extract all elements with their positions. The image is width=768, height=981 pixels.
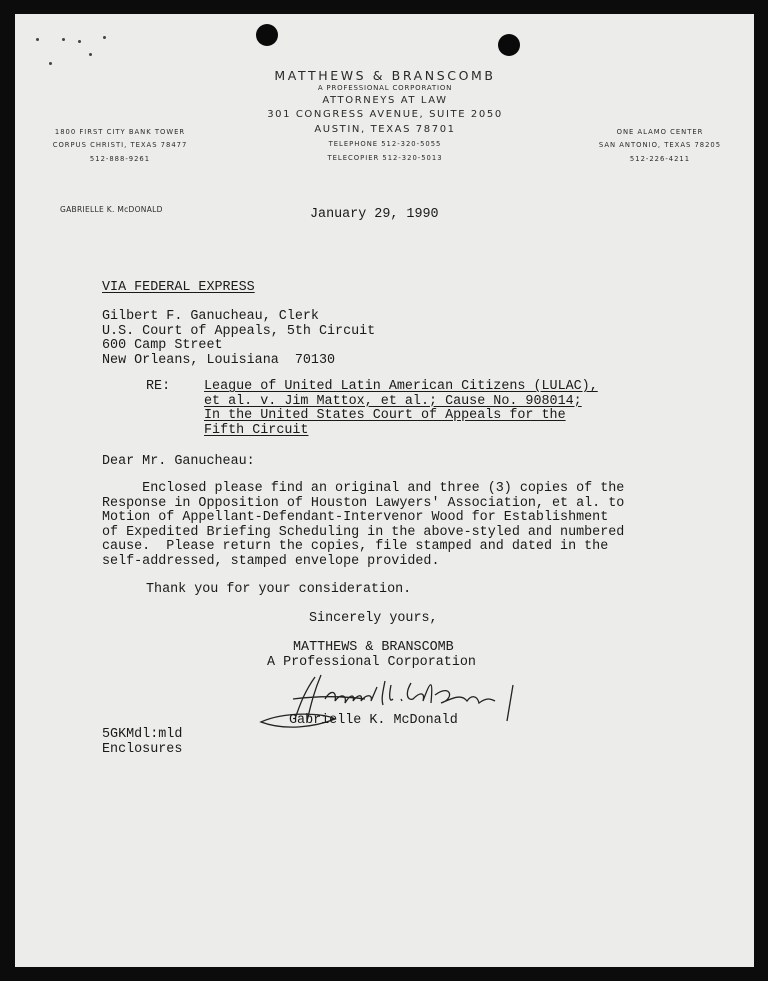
salutation: Dear Mr. Ganucheau: bbox=[102, 455, 255, 470]
attorney-name: GABRIELLE K. McDONALD bbox=[60, 205, 163, 214]
re-line: Fifth Circuit bbox=[204, 424, 598, 439]
signature-firm: MATTHEWS & BRANSCOMB bbox=[293, 641, 454, 656]
re-label: RE: bbox=[146, 380, 170, 395]
body-line: Response in Opposition of Houston Lawyer… bbox=[102, 497, 624, 512]
firm-telecopier: TELECOPIER 512-320-5013 bbox=[235, 154, 535, 162]
firm-telephone: TELEPHONE 512-320-5055 bbox=[235, 140, 535, 148]
speck bbox=[49, 62, 52, 65]
body-line: self-addressed, stamped envelope provide… bbox=[102, 555, 624, 570]
right-office-phone: 512-226-4211 bbox=[575, 155, 745, 163]
firm-profession: ATTORNEYS AT LAW bbox=[235, 95, 535, 106]
punch-hole bbox=[498, 34, 520, 56]
recipient-line: 600 Camp Street bbox=[102, 339, 375, 354]
speck bbox=[78, 40, 81, 43]
thanks-line: Thank you for your consideration. bbox=[146, 583, 411, 598]
signer-name: Gabrielle K. McDonald bbox=[289, 714, 458, 729]
recipient-line: Gilbert F. Ganucheau, Clerk bbox=[102, 310, 375, 325]
re-line: League of United Latin American Citizens… bbox=[204, 380, 598, 395]
delivery-method: VIA FEDERAL EXPRESS bbox=[102, 281, 255, 296]
re-line: et al. v. Jim Mattox, et al.; Cause No. … bbox=[204, 395, 598, 410]
speck bbox=[36, 38, 39, 41]
right-office-line2: SAN ANTONIO, TEXAS 78205 bbox=[575, 141, 745, 149]
firm-address-line1: 301 CONGRESS AVENUE, SUITE 2050 bbox=[235, 109, 535, 120]
enclosures-note: Enclosures bbox=[102, 743, 182, 758]
right-office-line1: ONE ALAMO CENTER bbox=[575, 128, 745, 136]
re-subject: League of United Latin American Citizens… bbox=[204, 380, 598, 438]
body-line: cause. Please return the copies, file st… bbox=[102, 540, 624, 555]
letter-date: January 29, 1990 bbox=[310, 208, 439, 223]
firm-name: MATTHEWS & BRANSCOMB bbox=[235, 68, 535, 83]
firm-address-line2: AUSTIN, TEXAS 78701 bbox=[235, 124, 535, 135]
left-office-line1: 1800 FIRST CITY BANK TOWER bbox=[35, 128, 205, 136]
speck bbox=[89, 53, 92, 56]
firm-type: A PROFESSIONAL CORPORATION bbox=[235, 84, 535, 92]
letter-body: Enclosed please find an original and thr… bbox=[102, 482, 624, 570]
recipient-address: Gilbert F. Ganucheau, Clerk U.S. Court o… bbox=[102, 310, 375, 368]
punch-hole bbox=[256, 24, 278, 46]
body-line: Motion of Appellant-Defendant-Intervenor… bbox=[102, 511, 624, 526]
closing: Sincerely yours, bbox=[309, 612, 438, 627]
recipient-line: U.S. Court of Appeals, 5th Circuit bbox=[102, 325, 375, 340]
left-office-line2: CORPUS CHRISTI, TEXAS 78477 bbox=[35, 141, 205, 149]
speck bbox=[62, 38, 65, 41]
body-line: Enclosed please find an original and thr… bbox=[102, 482, 624, 497]
letter-page: MATTHEWS & BRANSCOMB A PROFESSIONAL CORP… bbox=[15, 14, 754, 967]
speck bbox=[103, 36, 106, 39]
recipient-line: New Orleans, Louisiana 70130 bbox=[102, 354, 375, 369]
reference-initials: 5GKMdl:mld bbox=[102, 728, 182, 743]
left-office-phone: 512-888-9261 bbox=[35, 155, 205, 163]
body-line: of Expedited Briefing Scheduling in the … bbox=[102, 526, 624, 541]
re-line: In the United States Court of Appeals fo… bbox=[204, 409, 598, 424]
